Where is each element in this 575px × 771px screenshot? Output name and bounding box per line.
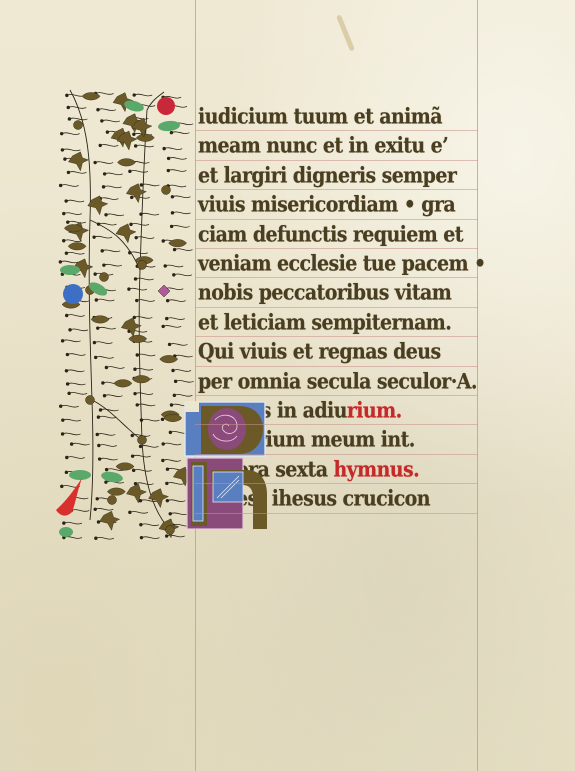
- text-line: viuis misericordiam • gra: [198, 189, 480, 222]
- ruling-line: [195, 454, 478, 455]
- green-leaf-icon: [100, 470, 123, 484]
- blue-berry-icon: [63, 284, 83, 304]
- green-leaf-icon: [60, 265, 80, 275]
- ruling-line: [195, 248, 478, 249]
- line-text: ciam defunctis requiem et: [198, 222, 463, 247]
- rubric-text: hymnus.: [333, 457, 419, 482]
- text-line: et leticiam sempiternam.: [198, 307, 480, 340]
- ruling-line: [195, 483, 478, 484]
- line-text: Qui viuis et regnas deus: [198, 340, 441, 365]
- red-berry-icon: [157, 97, 175, 115]
- manuscript-page: iudicium tuum et animãmeam nunc et in ex…: [0, 0, 575, 771]
- illuminated-initial-h: [183, 456, 271, 529]
- ruling-line: [195, 307, 478, 308]
- line-text: viuis misericordiam • gra: [198, 193, 455, 218]
- line-text: et leticiam sempiternam.: [198, 310, 451, 335]
- ruling-line: [195, 277, 478, 278]
- ruling-line: [195, 336, 478, 337]
- green-leaf-icon: [69, 470, 91, 480]
- line-text: et largiri digneris semper: [198, 163, 456, 188]
- parchment-stain: [336, 14, 355, 51]
- text-line: meam nunc et in exitu e’: [198, 131, 480, 164]
- line-text: nobis peccatoribus vitam: [198, 281, 451, 306]
- text-line: nobis peccatoribus vitam: [198, 278, 480, 311]
- floral-border: [52, 80, 197, 545]
- ruling-line: [195, 219, 478, 220]
- ruling-line: [195, 366, 478, 367]
- line-text: veniam ecclesie tue pacem •: [198, 252, 486, 277]
- illuminated-initial-d: [183, 400, 267, 458]
- text-line: et largiri digneris semper: [198, 160, 480, 193]
- pink-flower-icon: [158, 285, 170, 297]
- green-leaf-icon: [59, 527, 73, 537]
- green-leaf-icon: [158, 120, 181, 132]
- text-line: Qui viuis et regnas deus: [198, 336, 480, 369]
- text-line: ciam defunctis requiem et: [198, 219, 480, 252]
- line-text: iudicium tuum et animã: [198, 105, 442, 130]
- line-text: per omnia secula seculor·A.: [198, 369, 477, 394]
- text-line: per omnia secula seculor·A.: [198, 366, 480, 399]
- text-line: iudicium tuum et animã: [198, 101, 480, 134]
- ruling-line: [195, 189, 478, 190]
- rubric-text: rium.: [347, 399, 402, 424]
- text-line: veniam ecclesie tue pacem •: [198, 248, 480, 281]
- ruling-line: [195, 160, 478, 161]
- line-text: meam nunc et in exitu e’: [198, 134, 448, 159]
- ruling-line: [195, 130, 478, 131]
- ruling-line: [195, 424, 478, 425]
- ruling-line: [195, 513, 478, 514]
- ruling-line: [195, 395, 478, 396]
